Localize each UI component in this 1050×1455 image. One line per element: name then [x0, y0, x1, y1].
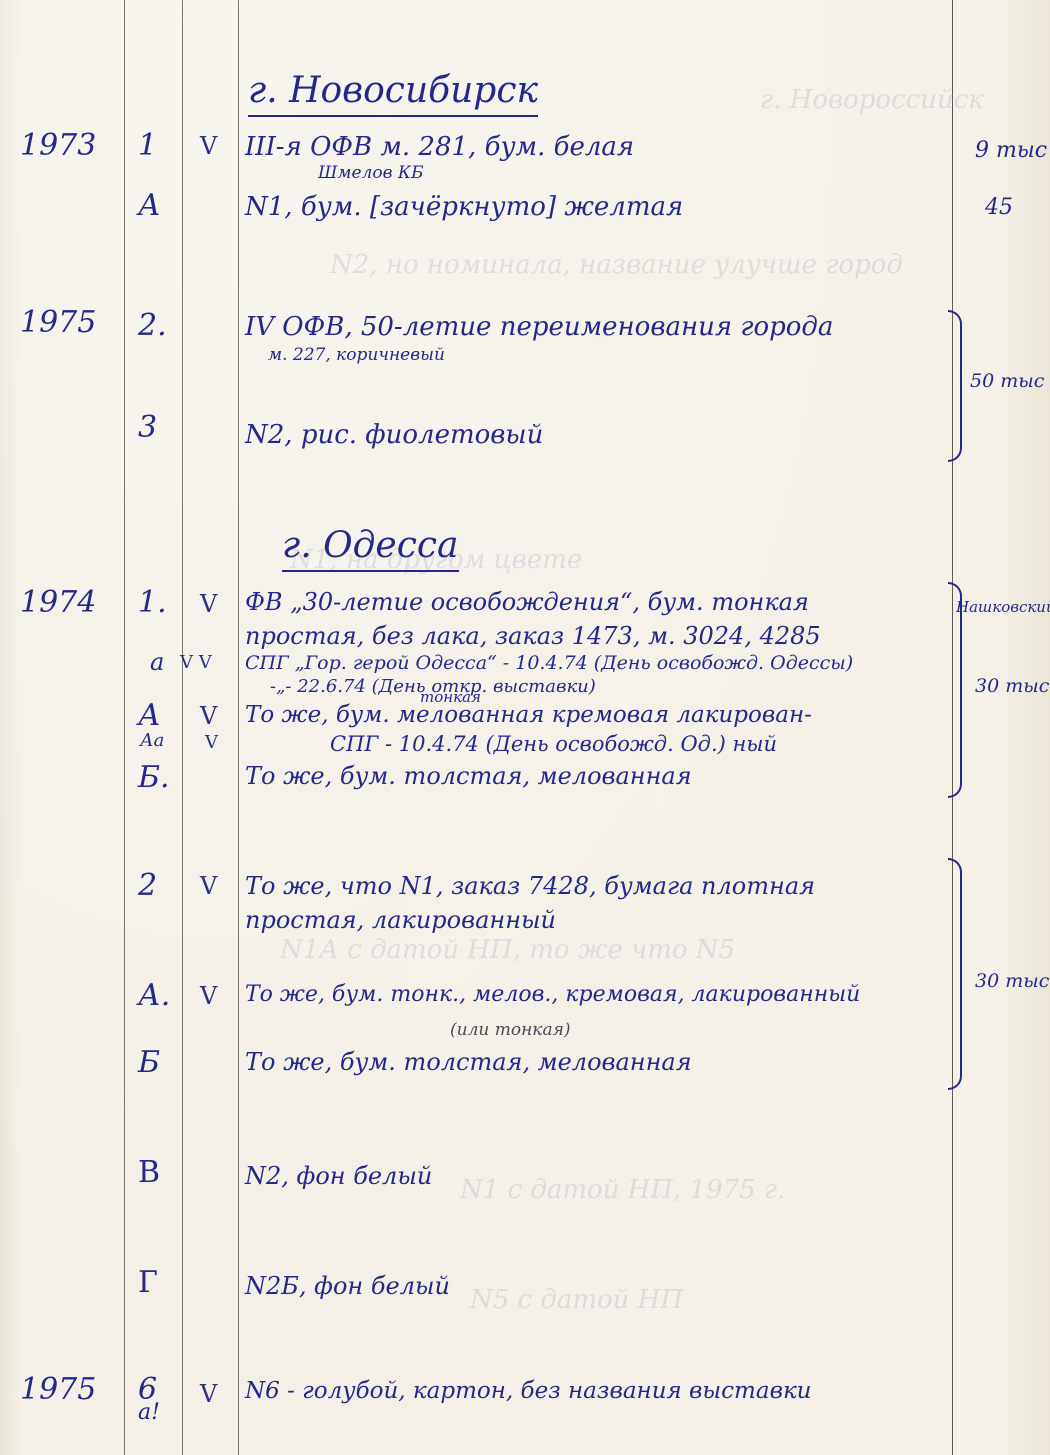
column-rule [124, 0, 125, 1455]
entry-text: III-я ОФВ м. 281, бум. белая [245, 132, 634, 162]
check-mark: V [200, 132, 217, 160]
entry-number: А. [138, 978, 170, 1013]
entry-number: А [138, 698, 161, 733]
brace [948, 310, 962, 462]
entry-year: 1973 [20, 128, 96, 163]
margin-note: 9 тыс [975, 138, 1047, 163]
entry-number: 1 [138, 128, 157, 163]
check-mark: V [200, 872, 217, 900]
entry-number: Г [138, 1265, 158, 1300]
bleed-through-text: N5 с датой НП [470, 1285, 683, 1315]
entry-number: 1. [138, 585, 167, 620]
entry-number: 2. [138, 308, 167, 343]
check-mark: V [200, 590, 217, 618]
entry-number: А [138, 188, 161, 223]
entry-sub-number: а! [138, 1400, 160, 1425]
entry-text: ФВ „30-летие освобождения“, бум. тонкая [245, 588, 809, 616]
entry-number: Аа [140, 730, 164, 751]
section-heading-odessa: г. Одесса [282, 525, 459, 572]
check-mark: V V [180, 652, 212, 673]
check-mark: V [200, 982, 217, 1010]
entry-text: IV ОФВ, 50-летие переименования города [245, 312, 833, 342]
entry-text: N2, фон белый [245, 1162, 432, 1190]
entry-text-line2: простая, без лака, заказ 1473, м. 3024, … [245, 622, 821, 650]
bleed-through-text: N1 с датой НП, 1975 г. [460, 1175, 785, 1205]
entry-text: То же, бум. толстая, мелованная [245, 762, 692, 790]
entry-text: То же, что N1, заказ 7428, бумага плотна… [245, 872, 815, 900]
entry-number: а [150, 648, 164, 676]
entry-number: 3 [138, 410, 157, 445]
entry-text: То же, бум. толстая, мелованная [245, 1048, 692, 1076]
margin-note: 30 тыс [975, 675, 1049, 697]
entry-year: 1974 [20, 585, 96, 620]
section-heading-novosibirsk: г. Новосибирск [248, 70, 538, 117]
entry-text: N1, бум. [зачёркнуто] желтая [245, 192, 683, 222]
check-mark: V [200, 1380, 217, 1408]
entry-text: N2, рис. фиолетовый [245, 420, 543, 450]
entry-number: 2 [138, 868, 157, 903]
entry-year: 1975 [20, 1372, 96, 1407]
entry-year: 1975 [20, 305, 96, 340]
margin-note: 45 [985, 195, 1013, 220]
check-mark: V [200, 702, 217, 730]
entry-text-line2: м. 227, коричневый [268, 345, 445, 365]
bleed-through-text: N2, но номинала, название улучше город [330, 250, 903, 280]
entry-text: То же, бум. меловaнная кремовая лакирова… [245, 702, 812, 728]
entry-text-line2: простая, лакированный [245, 906, 556, 934]
column-rule [182, 0, 183, 1455]
entry-text: N2Б, фон белый [245, 1272, 450, 1300]
margin-note: 50 тыс [970, 370, 1044, 392]
entry-number: В [138, 1155, 160, 1190]
margin-note: 30 тыс [975, 970, 1049, 992]
check-mark: V [205, 732, 218, 753]
column-rule [238, 0, 239, 1455]
brace [948, 858, 962, 1090]
entry-number: Б. [138, 760, 170, 795]
entry-text: То же, бум. тонк., мелов., кремовая, лак… [245, 982, 860, 1007]
entry-number: Б [138, 1045, 160, 1080]
bleed-through-text: г. Новороссийск [760, 85, 984, 115]
entry-text: N6 - голубой, картон, без названия выста… [245, 1378, 812, 1404]
entry-text: СПГ - 10.4.74 (День освобожд. Од.) ный [330, 732, 777, 756]
entry-annotation: Шмелов КБ [318, 163, 424, 183]
bleed-through-text: N1А с датой НП, то же что N5 [280, 935, 735, 965]
notebook-page: г. Новороссийск N2, но номинала, названи… [0, 0, 1050, 1455]
entry-text: СПГ „Гор. герой Одесса“ - 10.4.74 (День … [245, 652, 853, 674]
margin-note: Нашковский [956, 598, 1050, 616]
entry-annotation: (или тонкая) [450, 1020, 571, 1040]
